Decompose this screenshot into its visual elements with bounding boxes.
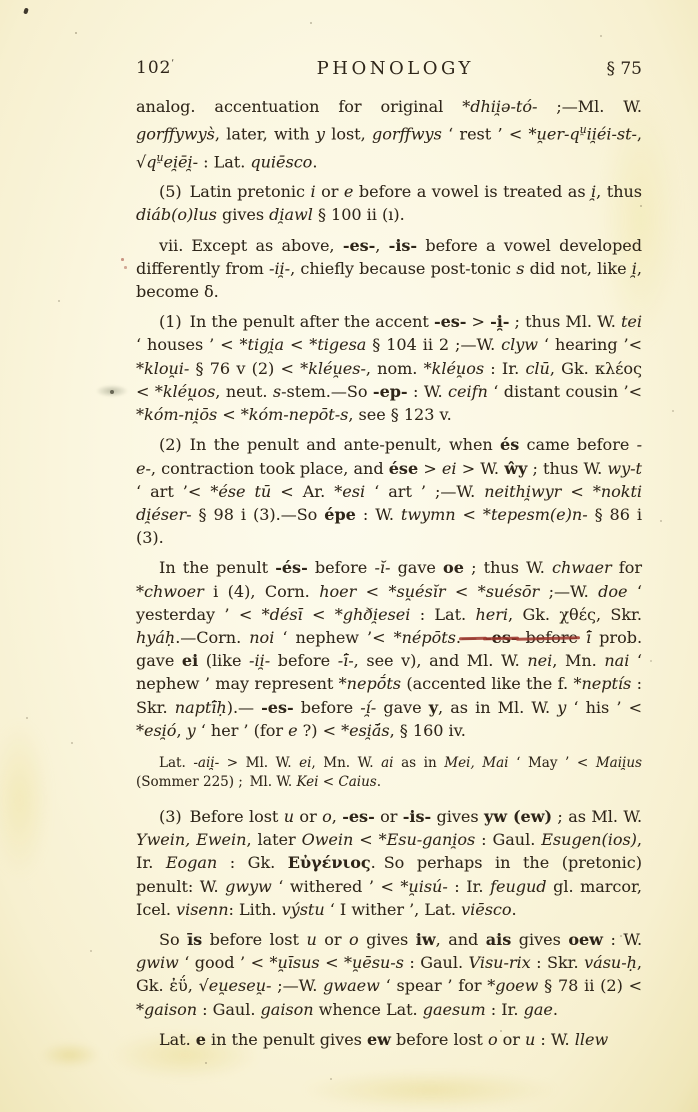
text-run: : Gaul. xyxy=(475,830,541,849)
text-run: : W. xyxy=(408,382,448,401)
text-run: Kei xyxy=(296,774,318,790)
text-run: < * xyxy=(561,482,600,501)
text-run: < Ar. * xyxy=(271,482,342,501)
text-run: u̯ēsu-s xyxy=(352,953,404,972)
paragraph: Lat. e in the penult gives ew before los… xyxy=(136,1028,642,1051)
text-run: ei xyxy=(442,459,457,478)
text-run: o xyxy=(488,1030,498,1049)
text-run: su̯ésĭr xyxy=(397,582,446,601)
text-run: Lat. xyxy=(159,755,193,771)
text-run: > Ml. W. xyxy=(219,755,299,771)
text-run: gwaew xyxy=(323,976,380,995)
text-run: neithi̯wyr xyxy=(484,482,561,501)
text-run: ‘ spear ’ for * xyxy=(380,976,496,995)
text-run: noi xyxy=(249,628,274,647)
text-run: kléu̯os xyxy=(163,382,215,401)
text-run: before lost xyxy=(391,1030,488,1049)
text-run: twymn xyxy=(401,505,456,524)
text-run: , xyxy=(176,721,186,740)
text-run: , nom. * xyxy=(366,359,432,378)
text-run: kléu̯es- xyxy=(308,359,366,378)
text-run: u xyxy=(284,807,294,826)
text-run: as in xyxy=(393,755,444,771)
text-run: > W. xyxy=(457,459,505,478)
text-run: : Ir. xyxy=(448,877,490,896)
text-run: : Lat. xyxy=(410,605,475,624)
text-run: analog. accentuation for original * xyxy=(136,97,470,116)
text-run: : Gk. xyxy=(217,853,288,872)
text-run: ei̯ēi̯- xyxy=(163,152,198,171)
text-run: -i̯- xyxy=(490,312,509,331)
text-run: feugud xyxy=(490,877,546,896)
text-run: (accented like the f. * xyxy=(401,674,581,693)
text-run: : Skr. xyxy=(531,953,584,972)
text-run: whence Lat. xyxy=(314,1000,423,1019)
text-run: ‘ I wither ’, Lat. xyxy=(325,900,461,919)
text-run: vii. Except as above, xyxy=(159,236,343,255)
red-margin-dots xyxy=(121,258,124,261)
text-run: ;—W. xyxy=(271,976,323,995)
text-run: esi xyxy=(342,482,365,501)
text-run: lost, xyxy=(325,125,372,144)
text-run: výstu xyxy=(282,900,325,919)
text-run: , Skr. xyxy=(596,605,642,624)
text-run: : Ir. xyxy=(484,359,525,378)
text-run: Mei, Mai xyxy=(444,755,508,771)
text-run: -ep- xyxy=(373,382,408,401)
text-run: < * xyxy=(217,405,249,424)
text-run: gorffwys xyxy=(372,125,442,144)
text-run: gives xyxy=(431,807,484,826)
text-run: dhii̯ə-tó- xyxy=(470,97,537,116)
text-run: o xyxy=(322,807,332,826)
text-run: neptís xyxy=(581,674,631,693)
text-run: heri xyxy=(475,605,508,624)
text-run: y xyxy=(187,721,196,740)
text-run: gaesum xyxy=(423,1000,486,1019)
paragraph: (1) In the penult after the accent -es- … xyxy=(136,310,642,426)
text-run: , Mn. W. xyxy=(311,755,381,771)
text-run: , Gk. xyxy=(508,605,559,624)
text-run: di̯awl xyxy=(269,205,313,224)
text-run: before xyxy=(294,698,361,717)
text-run: Caius xyxy=(338,774,376,790)
text-run: -is- xyxy=(389,236,417,255)
text-run: . xyxy=(377,774,381,790)
text-run: -es- xyxy=(343,236,375,255)
text-run: < * xyxy=(284,335,317,354)
text-run: eu̯eseu̯- xyxy=(209,976,272,995)
text-run: ghði̯esei xyxy=(343,605,411,624)
text-run: llew xyxy=(575,1030,608,1049)
text-run: hyáḥ xyxy=(136,628,175,647)
text-run: clū xyxy=(525,359,549,378)
paragraph: analog. accentuation for original *dhii̯… xyxy=(136,95,642,173)
text-run: , later xyxy=(246,830,301,849)
text-run: és xyxy=(500,435,519,454)
text-run: gaison xyxy=(261,1000,314,1019)
text-run: or xyxy=(375,807,403,826)
text-run: < xyxy=(318,774,338,790)
text-run: , as in Ml. W. xyxy=(438,698,557,717)
text-run: -és- xyxy=(275,558,307,577)
text-run: ).— xyxy=(227,698,261,717)
text-run: κλέος xyxy=(595,359,642,378)
text-run: Eogan xyxy=(166,853,217,872)
text-run: Εὐγένιος xyxy=(288,853,371,872)
paragraph: In the penult -és- before -ĭ- gave oe ; … xyxy=(136,556,642,742)
text-run: klou̯i- xyxy=(144,359,189,378)
text-run: ‘ withered ’ < * xyxy=(272,877,409,896)
text-run: , later, with xyxy=(215,125,316,144)
text-run: -es- xyxy=(261,698,293,717)
text-run: . xyxy=(312,152,317,171)
text-run: kléu̯os xyxy=(432,359,484,378)
paper-stain xyxy=(40,1042,100,1068)
text-run: , chiefly because post-tonic xyxy=(290,259,516,278)
text-run: -í̯- xyxy=(360,698,376,717)
text-run: u̯īsus xyxy=(277,953,319,972)
paragraph: vii. Except as above, -es-, -is- before … xyxy=(136,234,642,304)
text-run: < * xyxy=(136,382,163,401)
text-run: ‘ rest ’ < * xyxy=(442,125,537,144)
text-run: : Gaul. xyxy=(197,1000,260,1019)
text-run: before lost xyxy=(202,930,306,949)
text-run: : Lat. xyxy=(198,152,250,171)
text-run: e xyxy=(344,182,353,201)
body-text: analog. accentuation for original *dhii̯… xyxy=(136,95,642,1051)
text-run: ; thus W. xyxy=(527,459,607,478)
text-run: oew xyxy=(568,930,603,949)
text-run: -ii̯- xyxy=(249,651,270,670)
text-run: (2) In the penult and ante-penult, when xyxy=(159,435,500,454)
text-run: gorffywys̀ xyxy=(136,125,215,144)
text-run: Visu-rix xyxy=(469,953,531,972)
text-run: or xyxy=(294,807,322,826)
text-run: -ī́- xyxy=(338,651,354,670)
text-run: , √ xyxy=(188,976,209,995)
text-run: ceifn xyxy=(448,382,488,401)
text-run: before xyxy=(308,558,375,577)
text-run: or xyxy=(317,930,349,949)
text-run: esi̯ā́s xyxy=(349,721,390,740)
text-run: ŵy xyxy=(504,459,527,478)
text-run: < * xyxy=(456,505,491,524)
text-run: : Gaul. xyxy=(404,953,469,972)
text-run: e xyxy=(288,721,297,740)
text-run: or xyxy=(498,1030,525,1049)
text-run: suésōr xyxy=(486,582,539,601)
text-run: .—Corn. xyxy=(175,628,249,647)
text-run: ése xyxy=(389,459,418,478)
text-run: ;—W. xyxy=(539,582,598,601)
text-run: viēsco xyxy=(461,900,511,919)
text-run: < * xyxy=(320,953,352,972)
text-run: u̯ xyxy=(580,123,587,136)
text-run: s xyxy=(273,382,281,401)
text-run: , Gk. xyxy=(550,359,595,378)
text-run: ése tū xyxy=(218,482,271,501)
text-run: u xyxy=(306,930,316,949)
text-run: tigi̯a xyxy=(248,335,284,354)
text-run: tigesa xyxy=(317,335,366,354)
text-run: -es- xyxy=(434,312,466,331)
paragraph: So īs before lost u or o gives iw, and a… xyxy=(136,928,642,1021)
text-run: , see v), and Ml. W. xyxy=(354,651,528,670)
text-run: ; thus W. xyxy=(464,558,552,577)
text-run: , contraction took place, and xyxy=(151,459,389,478)
ink-speck xyxy=(23,8,29,15)
text-run: gave xyxy=(390,558,443,577)
text-run: : W. xyxy=(535,1030,574,1049)
text-run: gives xyxy=(359,930,416,949)
text-run: Esu-gani̯os xyxy=(387,830,476,849)
section-number: § 75 xyxy=(606,59,642,79)
text-run: ‘ art ’< * xyxy=(136,482,218,501)
text-run: , and xyxy=(436,930,486,949)
text-run: (Sommer 225) ; Ml. W. xyxy=(136,774,296,790)
text-run: ; as Ml. W. xyxy=(552,807,642,826)
text-run: q xyxy=(146,152,156,171)
text-run: > xyxy=(466,312,490,331)
text-run: ‘ houses ’ < * xyxy=(136,335,248,354)
text-run: y xyxy=(557,698,566,717)
text-run: u̯isú- xyxy=(408,877,447,896)
text-run: < * xyxy=(356,582,396,601)
text-run: e xyxy=(196,1030,206,1049)
paragraph: Lat. -aii̯- > Ml. W. ei, Mn. W. ai as in… xyxy=(136,754,642,793)
text-run: : W. xyxy=(356,505,401,524)
text-run: visenn xyxy=(176,900,228,919)
text-run: : Lith. xyxy=(229,900,282,919)
text-run: esi̯ó xyxy=(144,721,176,740)
text-run: tei xyxy=(621,312,642,331)
text-run: or xyxy=(316,182,344,201)
text-run: came before xyxy=(519,435,636,454)
text-run: ‘ her ’ (for xyxy=(196,721,288,740)
text-run: doe xyxy=(598,582,627,601)
text-run: chwoer xyxy=(144,582,204,601)
text-run: ei xyxy=(182,651,198,670)
text-run: (like xyxy=(198,651,249,670)
text-run: Lat. xyxy=(159,1030,196,1049)
text-run: vásu-ḥ xyxy=(584,953,637,972)
text-run: gaison xyxy=(144,1000,197,1019)
text-run: naptī́ḥ xyxy=(175,698,227,717)
text-column: 102ʹ PHONOLOGY § 75 analog. accentuation… xyxy=(136,58,642,1058)
text-run: quiēsco xyxy=(250,152,312,171)
text-run: before xyxy=(270,651,338,670)
text-run: -ĭ- xyxy=(374,558,390,577)
text-run: ei xyxy=(299,755,311,771)
text-run: in the penult gives xyxy=(206,1030,367,1049)
text-run: ais xyxy=(486,930,511,949)
text-run: népōts xyxy=(402,628,456,647)
text-run: . xyxy=(553,1000,558,1019)
text-run: In the penult xyxy=(159,558,275,577)
text-run: , Mn. xyxy=(552,651,604,670)
text-run: ‘ art ’ ;—W. xyxy=(365,482,484,501)
text-run: -aii̯- xyxy=(193,755,219,771)
paragraph: (5) Latin pretonic i or e before a vowel… xyxy=(136,180,642,226)
text-run: Ywein, Ewein xyxy=(136,830,246,849)
text-run: : Ir. xyxy=(486,1000,524,1019)
text-run: iw xyxy=(416,930,436,949)
text-run: , § 160 iv. xyxy=(390,721,466,740)
text-run: u̯er-q xyxy=(537,125,580,144)
text-run: ii̯éi-st- xyxy=(587,125,637,144)
text-run: ἐΰ xyxy=(169,976,187,995)
text-run: (5) Latin pretonic xyxy=(159,182,310,201)
text-run: gwiw xyxy=(136,953,179,972)
page-header: 102ʹ PHONOLOGY § 75 xyxy=(136,58,642,82)
text-run: tepesm(e)n- xyxy=(491,505,588,524)
text-run: -es- xyxy=(342,807,374,826)
book-page: 102ʹ PHONOLOGY § 75 analog. accentuation… xyxy=(0,0,698,1112)
text-run: hoer xyxy=(319,582,356,601)
text-run: Maii̯us xyxy=(596,755,642,771)
paper-specks xyxy=(0,0,2,2)
text-run: : W. xyxy=(603,930,642,949)
text-run: y xyxy=(316,125,325,144)
text-run: diáb(o)lus xyxy=(136,205,217,224)
text-run: gwyw xyxy=(225,877,272,896)
text-run: Esugen(ios) xyxy=(541,830,637,849)
paper-stain xyxy=(0,720,50,880)
text-run: (3) Before lost xyxy=(159,807,284,826)
page-number: 102ʹ xyxy=(136,58,175,78)
text-run: -is- xyxy=(403,807,431,826)
text-run: ai xyxy=(381,755,393,771)
text-run: ew xyxy=(367,1030,391,1049)
text-run: < * xyxy=(445,582,485,601)
text-run: kóm-ni̯ōs xyxy=(144,405,217,424)
text-run: § 100 ii (ı). xyxy=(313,205,405,224)
text-run: < * xyxy=(303,605,343,624)
red-strikethrough-text: before xyxy=(518,628,578,647)
margin-smudge-dot xyxy=(110,390,114,394)
text-run: ; thus Ml. W. xyxy=(509,312,621,331)
text-run: u xyxy=(525,1030,535,1049)
text-run: gae xyxy=(524,1000,553,1019)
red-strikethrough-text: — xyxy=(461,628,485,647)
text-run: kóm-nepōt-s xyxy=(249,405,349,424)
paragraph: (3) Before lost u or o, -es- or -is- giv… xyxy=(136,805,642,921)
text-run: -ii̯- xyxy=(269,259,290,278)
text-run: (1) In the penult after the accent xyxy=(159,312,434,331)
text-run: , xyxy=(332,807,342,826)
text-run: ‘ nephew ’< * xyxy=(274,628,401,647)
text-run: gave xyxy=(376,698,429,717)
text-run: oe xyxy=(443,558,464,577)
text-run: o xyxy=(349,930,359,949)
text-run: before a vowel is treated as xyxy=(353,182,591,201)
text-run: épe xyxy=(324,505,356,524)
running-title: PHONOLOGY xyxy=(317,58,474,79)
text-run: § 104 ii 2 ;—W. xyxy=(366,335,501,354)
text-run: χθές xyxy=(559,605,596,624)
text-run: < * xyxy=(353,830,386,849)
text-run: nai xyxy=(604,651,629,670)
text-run: y xyxy=(429,698,438,717)
text-run: nepṓts xyxy=(347,674,401,693)
text-run: īs xyxy=(187,930,202,949)
text-run: > xyxy=(418,459,442,478)
text-run: . xyxy=(512,900,517,919)
text-run: , xyxy=(375,236,388,255)
text-run: gives xyxy=(511,930,568,949)
text-run: ?) < * xyxy=(298,721,349,740)
text-run: , thus xyxy=(596,182,642,201)
text-run: clyw xyxy=(501,335,538,354)
text-run: goew xyxy=(495,976,538,995)
text-run: , neut. xyxy=(215,382,273,401)
page-number-mark: ʹ xyxy=(171,59,175,69)
text-run: ;—Ml. W. xyxy=(537,97,642,116)
text-run: nei xyxy=(527,651,552,670)
text-run: chwaer xyxy=(552,558,612,577)
text-run: Owein xyxy=(302,830,354,849)
text-run: gives xyxy=(217,205,269,224)
text-run: § 98 i (3).—So xyxy=(192,505,325,524)
paper-stain xyxy=(300,1070,560,1110)
text-run: did not, like xyxy=(524,259,631,278)
text-run: So xyxy=(159,930,187,949)
text-run: wy-t xyxy=(607,459,642,478)
red-strikethrough-text: -es- xyxy=(485,628,517,647)
text-run: ‘ May ’ < xyxy=(508,755,595,771)
text-run: yw (ew) xyxy=(484,807,552,826)
text-run: , see § 123 v. xyxy=(348,405,451,424)
text-run: -stem.—So xyxy=(281,382,373,401)
text-run: ‘ good ’ < * xyxy=(179,953,278,972)
paragraph: (2) In the penult and ante-penult, when … xyxy=(136,433,642,549)
text-run: i (4), Corn. xyxy=(204,582,319,601)
text-run: désī xyxy=(270,605,303,624)
text-run: § 76 v (2) < * xyxy=(189,359,308,378)
